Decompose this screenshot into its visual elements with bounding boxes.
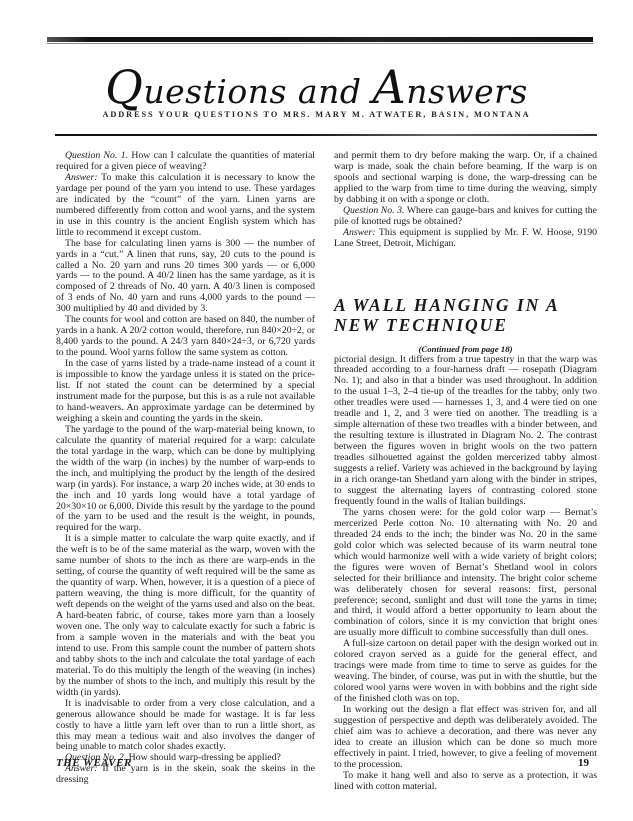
title-cap-a: A — [372, 60, 406, 114]
title-rest-a: nswers — [406, 72, 528, 111]
page-number: 19 — [578, 757, 589, 769]
page-subtitle: ADDRESS YOUR QUESTIONS TO MRS. MARY M. A… — [0, 110, 633, 119]
answer-1-paragraph: It is inadvisable to order from a very c… — [56, 699, 315, 754]
right-column: and permit them to dry before making the… — [334, 151, 597, 793]
article-paragraph: In working out the design a flat effect … — [334, 705, 597, 771]
publication-name: THE WEAVER — [56, 757, 132, 769]
section-rule — [55, 134, 597, 136]
article-paragraph: The yarns chosen were: for the gold colo… — [334, 508, 597, 639]
top-rule — [47, 37, 593, 42]
question-1: Question No. 1. How can I calculate the … — [56, 151, 315, 173]
article-paragraph: To make it hang well and also to serve a… — [334, 771, 597, 793]
answer-1-paragraph: The base for calculating linen yarns is … — [56, 239, 315, 316]
title-rest-q: uestions and — [143, 72, 372, 111]
question-3-label: Question No. 3. — [343, 205, 404, 216]
answer-1-paragraph: Answer: To make this calculation it is n… — [56, 173, 315, 239]
answer-1-paragraph: The yardage to the pound of the warp-mat… — [56, 425, 315, 535]
article-paragraph: A full-size cartoon on detail paper with… — [334, 639, 597, 705]
left-column: Question No. 1. How can I calculate the … — [56, 151, 315, 786]
question-2-text: How should warp-dressing be applied? — [126, 752, 281, 763]
continued-note: (Continued from page 18) — [334, 344, 597, 355]
question-3: Question No. 3. Where can gauge-bars and… — [334, 206, 597, 228]
article-paragraph: pictorial design. It differs from a true… — [334, 355, 597, 508]
page-title: Questions and Answers — [0, 60, 633, 114]
answer-1-paragraph: The counts for wool and cotton are based… — [56, 315, 315, 359]
answer-1-paragraph: It is a simple matter to calculate the w… — [56, 534, 315, 698]
article-headline: A WALL HANGING IN A NEW TECHNIQUE — [334, 295, 597, 335]
answer-3-label: Answer: — [343, 227, 376, 238]
answer-3: Answer: This equipment is supplied by Mr… — [334, 228, 597, 250]
title-cap-q: Q — [105, 60, 143, 114]
answer-1-label: Answer: — [65, 172, 98, 183]
answer-1-paragraph: In the case of yarns listed by a trade-n… — [56, 359, 315, 425]
question-1-label: Question No. 1. — [65, 150, 128, 161]
answer-2-continued: and permit them to dry before making the… — [334, 151, 597, 206]
